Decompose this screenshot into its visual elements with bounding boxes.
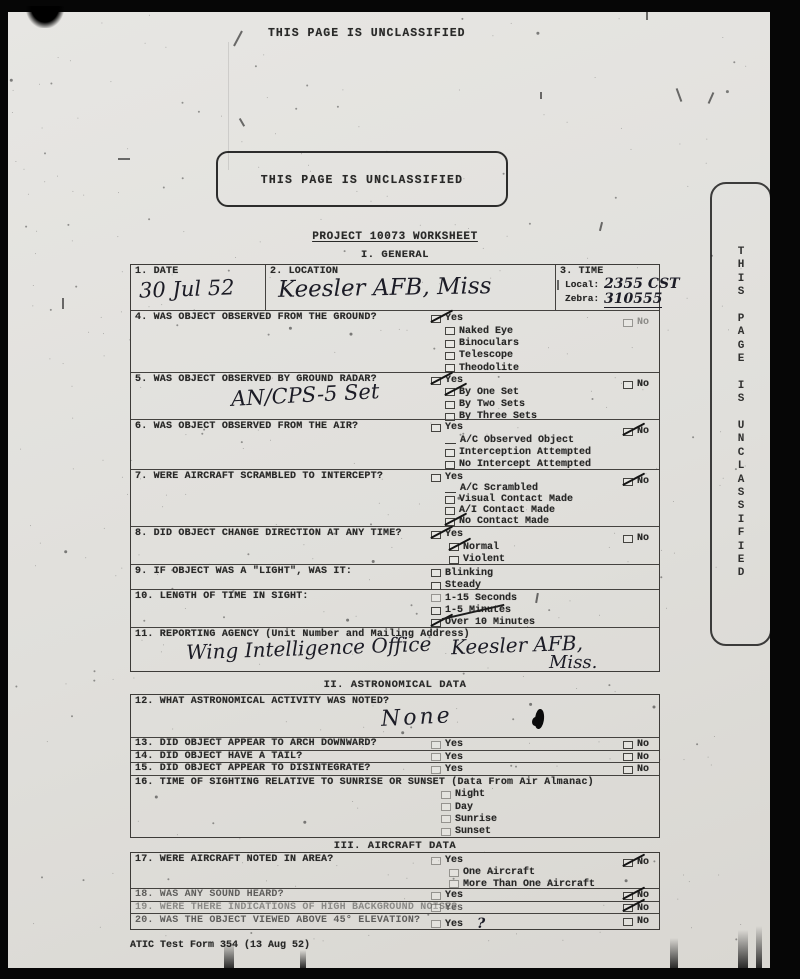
q13-yes-label: Yes [445,739,463,750]
q13-label: 13. DID OBJECT APPEAR TO ARCH DOWNWARD? [135,738,377,749]
q20-no: No [623,916,649,927]
q18-no-checkbox [623,892,633,900]
q16-options: Night Day Sunrise Sunset [441,789,497,839]
q4-no-checkbox [623,319,633,327]
time-zebra-label: Zebra: [565,293,599,304]
q16-option-label: Sunset [455,826,491,837]
q8-label: 8. DID OBJECT CHANGE DIRECTION AT ANY TI… [135,528,402,539]
q19-yes-label: Yes [445,903,463,914]
q18-yes-label: Yes [445,890,463,901]
q9-option: Blinking [431,567,493,579]
q19-no-checkbox [623,904,633,912]
q16-option: Day [441,801,497,813]
q7-yes-label: Yes [445,472,463,483]
q8-option-label: Violent [463,554,505,565]
unclassified-stamp-box-text: THIS PAGE IS UNCLASSIFIED [261,174,464,187]
q8-no: No [623,533,649,544]
q5-options: By One Set By Two Sets By Three Sets [445,386,537,423]
q7-option-checkbox [445,518,455,526]
q8-option-label: Normal [463,542,499,553]
form-number-footer: ATIC Test Form 354 (13 Aug 52) [130,940,310,951]
unclassified-stamp-side-text: THIS PAGE IS UNCLASSIFIED [712,246,770,581]
ink-blot [532,717,539,726]
q6-option-label: Interception Attempted [459,447,591,458]
section-heading-general: I. GENERAL [130,249,660,261]
scan-smudge [670,938,678,968]
date-label: 1. DATE [135,266,178,277]
q10-option-label: Over 10 Minutes [445,617,535,628]
unclassified-stamp-box: THIS PAGE IS UNCLASSIFIED [216,151,508,207]
q7-options: A/C Scrambled Visual Contact Made A/I Co… [445,483,573,527]
row-q19: 19. WERE THERE INDICATIONS OF HIGH BACKG… [131,902,659,915]
q15-no-label: No [637,764,649,775]
q7-no-checkbox [623,478,633,486]
q6-option-checkbox [445,449,455,457]
q10-label: 10. LENGTH OF TIME IN SIGHT: [135,591,309,602]
q8-no-checkbox [623,535,633,543]
row-header-fields: 1. DATE 30 Jul 52 2. LOCATION Keesler AF… [131,265,659,311]
date-cell: 1. DATE 30 Jul 52 [131,265,266,310]
q8-yes-label: Yes [445,529,463,540]
q14-yes: Yes [431,752,463,763]
q10-option: 1-5 Minutes [431,604,535,616]
q14-no-label: No [637,752,649,763]
q17-option-checkbox [449,880,459,888]
q4-option-checkbox [445,327,455,335]
q9-options: Blinking Steady [431,567,493,592]
scan-mark [118,158,130,160]
q7-label: 7. WERE AIRCRAFT SCRAMBLED TO INTERCEPT? [135,471,383,482]
q15-label: 15. DID OBJECT APPEAR TO DISINTEGRATE? [135,763,371,774]
q14-yes-checkbox [431,753,441,761]
row-q15: 15. DID OBJECT APPEAR TO DISINTEGRATE? Y… [131,763,659,776]
q16-option-label: Sunrise [455,814,497,825]
q14-no-checkbox [623,753,633,761]
q4-option: Telescope [445,350,519,362]
q16-option-checkbox [441,791,451,799]
row-q13: 13. DID OBJECT APPEAR TO ARCH DOWNWARD? … [131,738,659,751]
q7-option: No Contact Made [445,516,573,527]
q4-yes-label: Yes [445,313,463,324]
q17-option: One Aircraft [449,867,595,879]
row-q9: 9. IF OBJECT WAS A "LIGHT", WAS IT: Blin… [131,565,659,590]
q9-option-label: Blinking [445,568,493,579]
q14-no: No [623,752,649,763]
scan-edge-right [770,0,800,979]
q5-option: By One Set [445,386,537,398]
q4-option-checkbox [445,340,455,348]
unclassified-stamp-side: THIS PAGE IS UNCLASSIFIED [710,182,772,646]
q5-option: By Two Sets [445,398,537,410]
unclassified-stamp-top: THIS PAGE IS UNCLASSIFIED [268,27,466,40]
q5-no: No [623,379,649,390]
scan-edge-bottom [0,968,800,979]
q5-no-label: No [637,379,649,390]
q17-yes-checkbox [431,857,441,865]
q6-option: A/C Observed Object [445,434,591,446]
q20-yes-checkbox [431,920,441,928]
q11-handwritten-state: Miss. [549,652,597,673]
q16-option-checkbox [441,815,451,823]
time-zebra-handwritten-value: 310555 [604,291,662,308]
q5-no-checkbox [623,381,633,389]
row-q8: 8. DID OBJECT CHANGE DIRECTION AT ANY TI… [131,527,659,565]
q5-option-checkbox [445,401,455,409]
row-q18: 18. WAS ANY SOUND HEARD? Yes No [131,889,659,902]
row-q17: 17. WERE AIRCRAFT NOTED IN AREA? Yes One… [131,853,659,889]
row-q16: 16. TIME OF SIGHTING RELATIVE TO SUNRISE… [131,776,659,837]
q10-option-label: 1-5 Minutes [445,605,511,616]
q6-label: 6. WAS OBJECT OBSERVED FROM THE AIR? [135,421,358,432]
q5-option-label: By Two Sets [459,399,525,410]
row-q4: 4. WAS OBJECT OBSERVED FROM THE GROUND? … [131,311,659,373]
row-q7: 7. WERE AIRCRAFT SCRAMBLED TO INTERCEPT?… [131,470,659,527]
q20-yes: Yes ? [431,916,485,932]
q6-no-label: No [637,426,649,437]
scan-blob [26,6,64,28]
time-local-label: Local: [565,279,599,290]
q4-option-label: Telescope [459,350,513,361]
q5-option-label: By One Set [459,387,519,398]
q20-yes-label: Yes [445,919,463,930]
row-q10: 10. LENGTH OF TIME IN SIGHT: 1-15 Second… [131,590,659,628]
scan-edge-left [0,0,8,979]
q4-option-label: Binoculars [459,338,519,349]
row-q5: 5. WAS OBJECT OBSERVED BY GROUND RADAR? … [131,373,659,420]
q16-option-checkbox [441,803,451,811]
q8-yes: Yes [431,529,463,540]
q8-no-label: No [637,533,649,544]
q18-yes-checkbox [431,892,441,900]
q6-option-label: No Intercept Attempted [459,459,591,470]
scan-edge-top [0,0,800,12]
time-local-handwritten-value: 2355 CST [604,276,680,292]
q15-yes-checkbox [431,766,441,774]
q4-option: Binoculars [445,337,519,349]
scanned-document-page: { "colors": { "paper": "#e2e1dd", "ink":… [0,0,800,979]
q9-option-checkbox [431,582,441,590]
row-q14: 14. DID OBJECT HAVE A TAIL? Yes No [131,751,659,764]
q7-option-label: A/I Contact Made [459,505,555,516]
q10-option-checkbox [431,619,441,627]
q6-option: Interception Attempted [445,446,591,458]
scan-smudge [300,950,306,968]
location-handwritten-value: Keesler AFB, Miss [278,273,492,303]
q17-label: 17. WERE AIRCRAFT NOTED IN AREA? [135,854,333,865]
scan-smudge [224,942,234,968]
q13-no-label: No [637,739,649,750]
q9-label: 9. IF OBJECT WAS A "LIGHT", WAS IT: [135,566,352,577]
q15-yes: Yes [431,764,463,775]
scan-smudge [738,930,748,968]
q7-no: No [623,476,649,487]
q4-no: No [623,317,649,328]
q20-no-label: No [637,916,649,927]
q7-no-label: No [637,476,649,487]
q7-yes-checkbox [431,474,441,482]
q16-option-label: Night [455,789,485,800]
q20-handwritten-mark: ? [477,916,485,932]
q16-option-label: Day [455,802,473,813]
q10-option: 1-15 Seconds [431,592,535,604]
row-q6: 6. WAS OBJECT OBSERVED FROM THE AIR? Yes… [131,420,659,470]
q13-no-checkbox [623,741,633,749]
q16-option: Sunrise [441,813,497,825]
q16-option: Night [441,789,497,801]
q4-yes: Yes [431,313,463,324]
q10-option-label: 1-15 Seconds [445,593,517,604]
q20-label: 20. WAS THE OBJECT VIEWED ABOVE 45° ELEV… [135,915,420,926]
scan-smudge [756,926,762,968]
row-q11: 11. REPORTING AGENCY (Unit Number and Ma… [131,628,659,671]
q9-option-checkbox [431,569,441,577]
q18-label: 18. WAS ANY SOUND HEARD? [135,889,284,900]
q19-label: 19. WERE THERE INDICATIONS OF HIGH BACKG… [135,902,457,913]
q17-options: One Aircraft More Than One Aircraft [449,867,595,890]
q4-no-label: No [637,317,649,328]
q19-no: No [623,903,649,914]
q17-yes: Yes [431,855,463,866]
row-q20: 20. WAS THE OBJECT VIEWED ABOVE 45° ELEV… [131,914,659,929]
q4-yes-checkbox [431,315,441,323]
q19-yes-checkbox [431,904,441,912]
q16-option-checkbox [441,828,451,836]
q8-option: Violent [449,553,505,565]
q13-yes-checkbox [431,741,441,749]
q8-option-checkbox [449,556,459,564]
q10-options: 1-15 Seconds 1-5 Minutes Over 10 Minutes [431,592,535,629]
q16-label: 16. TIME OF SIGHTING RELATIVE TO SUNRISE… [135,777,594,788]
q19-no-label: No [637,903,649,914]
table-general: 1. DATE 30 Jul 52 2. LOCATION Keesler AF… [130,264,660,672]
q10-option-checkbox [431,594,441,602]
q7-yes: Yes [431,472,463,483]
q6-yes-checkbox [431,424,441,432]
q12-label: 12. WHAT ASTRONOMICAL ACTIVITY WAS NOTED… [135,696,389,707]
q15-yes-label: Yes [445,764,463,775]
q16-option: Sunset [441,826,497,838]
q17-option-label: One Aircraft [463,867,535,878]
q4-option-label: Naked Eye [459,326,513,337]
q6-option-checkbox [445,461,455,469]
q4-options: Naked Eye Binoculars Telescope Theodolit… [445,325,519,375]
q6-yes-label: Yes [445,422,463,433]
q7-option-label: Visual Contact Made [459,494,573,505]
date-handwritten-value: 30 Jul 52 [139,275,235,302]
q17-yes-label: Yes [445,855,463,866]
q17-no: No [623,857,649,868]
q13-no: No [623,739,649,750]
q6-option-label: A/C Observed Object [460,435,574,446]
q13-yes: Yes [431,739,463,750]
q7-option-label: No Contact Made [459,516,549,527]
q4-option: Naked Eye [445,325,519,337]
q14-label: 14. DID OBJECT HAVE A TAIL? [135,751,302,762]
time-cell: 3. TIME Local: 2355 CST Zebra: 310555 [556,265,661,310]
section-heading-astronomical: II. ASTRONOMICAL DATA [130,679,660,691]
q18-yes: Yes [431,890,463,901]
q4-option-checkbox [445,352,455,360]
q7-option-blank-line [445,485,456,493]
q4-label: 4. WAS OBJECT OBSERVED FROM THE GROUND? [135,312,377,323]
scan-mark [540,92,542,99]
q17-option-checkbox [449,869,459,877]
table-astronomical: 12. WHAT ASTRONOMICAL ACTIVITY WAS NOTED… [130,694,660,838]
q7-option: A/C Scrambled [445,483,573,494]
q6-option-blank-line [445,436,456,444]
q8-option: Normal [449,541,505,553]
q15-no-checkbox [623,766,633,774]
q10-option-checkbox [431,607,441,615]
section-heading-aircraft: III. AIRCRAFT DATA [130,840,660,852]
q7-option: Visual Contact Made [445,494,573,505]
row-q12: 12. WHAT ASTRONOMICAL ACTIVITY WAS NOTED… [131,695,659,738]
q19-yes: Yes [431,903,463,914]
form-title: PROJECT 10073 WORKSHEET [130,231,660,243]
q17-no-checkbox [623,859,633,867]
q6-no: No [623,426,649,437]
q6-yes: Yes [431,422,463,433]
q12-handwritten-value: None [380,703,453,732]
scan-mark [62,298,64,309]
q6-options: A/C Observed Object Interception Attempt… [445,434,591,471]
q7-option-label: A/C Scrambled [460,483,538,494]
q8-yes-checkbox [431,531,441,539]
q17-no-label: No [637,857,649,868]
q6-no-checkbox [623,428,633,436]
q5-yes: Yes [431,375,463,386]
q5-option-checkbox [445,388,455,396]
q7-option-checkbox [445,496,455,504]
q20-no-checkbox [623,918,633,926]
q14-yes-label: Yes [445,752,463,763]
q7-option-checkbox [445,507,455,515]
q8-option-checkbox [449,543,459,551]
q8-options: Normal Violent [449,541,505,566]
q15-no: No [623,764,649,775]
time-label: 3. TIME [560,266,603,277]
table-aircraft: 17. WERE AIRCRAFT NOTED IN AREA? Yes One… [130,852,660,930]
location-cell: 2. LOCATION Keesler AFB, Miss [266,265,556,310]
q5-yes-checkbox [431,377,441,385]
